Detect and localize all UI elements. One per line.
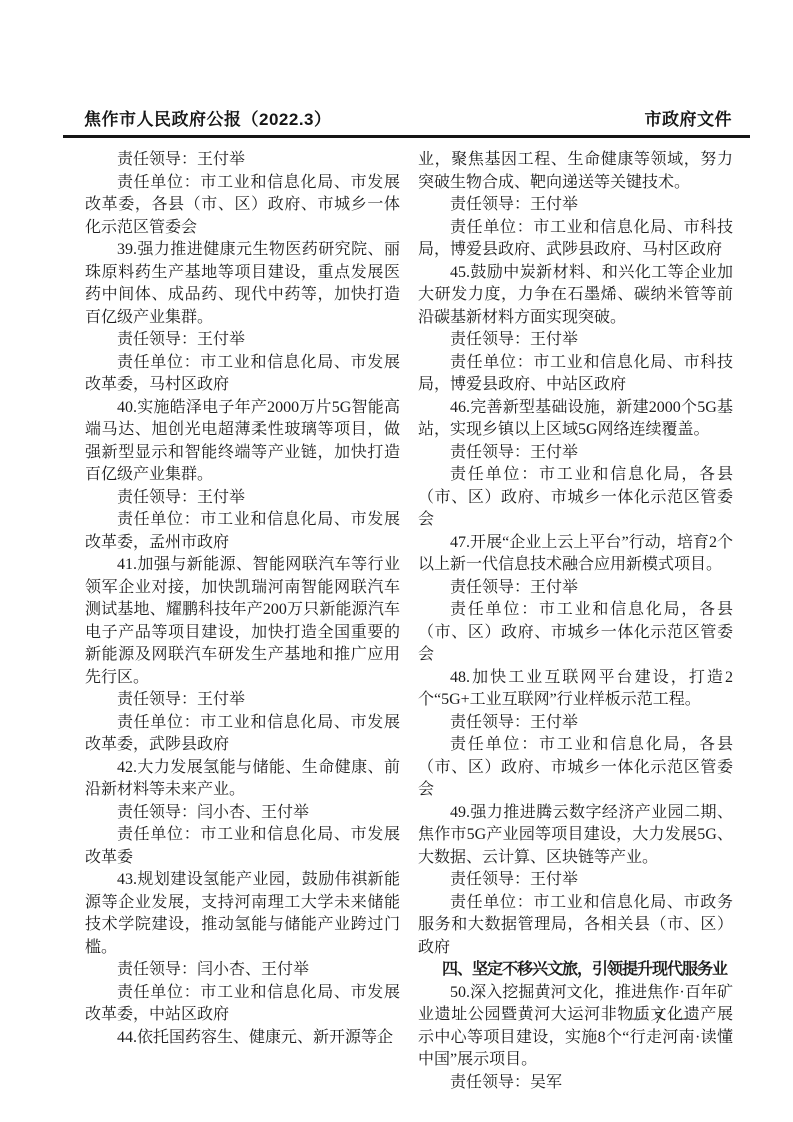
header-left-title: 焦作市人民政府公报（2022.3） [84,105,332,130]
paragraph: 46.完善新型基础设施，新建2000个5G基站，实现乡镇以上区域5G网络连续覆盖… [418,397,733,442]
document-page: 焦作市人民政府公报（2022.3） 市政府文件 责任领导：王付举责任单位：市工业… [0,0,793,1122]
paragraph: 责任领导：王付举 [85,149,400,172]
paragraph: 责任单位：市工业和信息化局、市科技局，博爱县政府、武陟县政府、马村区政府 [418,217,733,262]
paragraph: 47.开展“企业上云上平台”行动，培育2个以上新一代信息技术融合应用新模式项目。 [418,532,733,577]
paragraph: 责任单位：市工业和信息化局、市政务服务和大数据管理局，各相关县（市、区）政府 [418,892,733,960]
paragraph: 责任领导：王付举 [418,329,733,352]
paragraph: 责任领导：王付举 [418,442,733,465]
paragraph: 责任领导：闫小杏、王付举 [85,959,400,982]
paragraph: 责任领导：王付举 [85,487,400,510]
paragraph: 责任单位：市工业和信息化局、市发展改革委 [85,824,400,869]
paragraph: 责任单位：市工业和信息化局、市发展改革委，各县（市、区）政府、市城乡一体化示范区… [85,172,400,240]
header-rule [63,135,750,138]
paragraph: 45.鼓励中炭新材料、和兴化工等企业加大研发力度，力争在石墨烯、碳纳米管等前沿碳… [418,262,733,330]
paragraph: 责任领导：王付举 [418,712,733,735]
section-heading: 四、坚定不移兴文旅，引领提升现代服务业 [418,959,733,982]
paragraph: 责任单位：市工业和信息化局，各县（市、区）政府、市城乡一体化示范区管委会 [418,599,733,667]
paragraph: 责任领导：吴军 [418,1072,733,1095]
left-column: 责任领导：王付举责任单位：市工业和信息化局、市发展改革委，各县（市、区）政府、市… [85,149,400,1094]
paragraph: 44.依托国药容生、健康元、新开源等企 [85,1027,400,1050]
paragraph: 业，聚焦基因工程、生命健康等领域，努力突破生物合成、靶向递送等关键技术。 [418,149,733,194]
paragraph: 责任领导：闫小杏、王付举 [85,802,400,825]
page-number: — 7 — [629,1008,690,1027]
paragraph: 39.强力推进健康元生物医药研究院、丽珠原料药生产基地等项目建设，重点发展医药中… [85,239,400,329]
paragraph: 责任领导：王付举 [85,689,400,712]
page-footer: — 7 — [629,1008,690,1028]
paragraph: 40.实施皓泽电子年产2000万片5G智能高端马达、旭创光电超薄柔性玻璃等项目，… [85,397,400,487]
paragraph: 责任单位：市工业和信息化局、市发展改革委，武陟县政府 [85,712,400,757]
paragraph: 责任单位：市工业和信息化局，各县（市、区）政府、市城乡一体化示范区管委会 [418,734,733,802]
right-column: 业，聚焦基因工程、生命健康等领域，努力突破生物合成、靶向递送等关键技术。责任领导… [418,149,733,1094]
paragraph: 责任领导：王付举 [418,577,733,600]
paragraph: 责任单位：市工业和信息化局，各县（市、区）政府、市城乡一体化示范区管委会 [418,464,733,532]
paragraph: 责任单位：市工业和信息化局、市发展改革委，孟州市政府 [85,509,400,554]
paragraph: 责任单位：市工业和信息化局、市科技局，博爱县政府、中站区政府 [418,352,733,397]
paragraph: 责任领导：王付举 [85,329,400,352]
paragraph: 责任领导：王付举 [418,869,733,892]
paragraph: 责任单位：市工业和信息化局、市发展改革委，马村区政府 [85,352,400,397]
paragraph: 42.大力发展氢能与储能、生命健康、前沿新材料等未来产业。 [85,757,400,802]
paragraph: 49.强力推进腾云数字经济产业园二期、焦作市5G产业园等项目建设，大力发展5G、… [418,802,733,870]
page-header: 焦作市人民政府公报（2022.3） 市政府文件 [84,105,732,130]
paragraph: 43.规划建设氢能产业园，鼓励伟祺新能源等企业发展，支持河南理工大学未来储能技术… [85,869,400,959]
paragraph: 41.加强与新能源、智能网联汽车等行业领军企业对接，加快凯瑞河南智能网联汽车测试… [85,554,400,689]
paragraph: 48.加快工业互联网平台建设，打造2个“5G+工业互联网”行业样板示范工程。 [418,667,733,712]
document-body: 责任领导：王付举责任单位：市工业和信息化局、市发展改革委，各县（市、区）政府、市… [85,149,733,1094]
paragraph: 责任单位：市工业和信息化局、市发展改革委，中站区政府 [85,982,400,1027]
header-right-title: 市政府文件 [645,105,733,130]
paragraph: 责任领导：王付举 [418,194,733,217]
